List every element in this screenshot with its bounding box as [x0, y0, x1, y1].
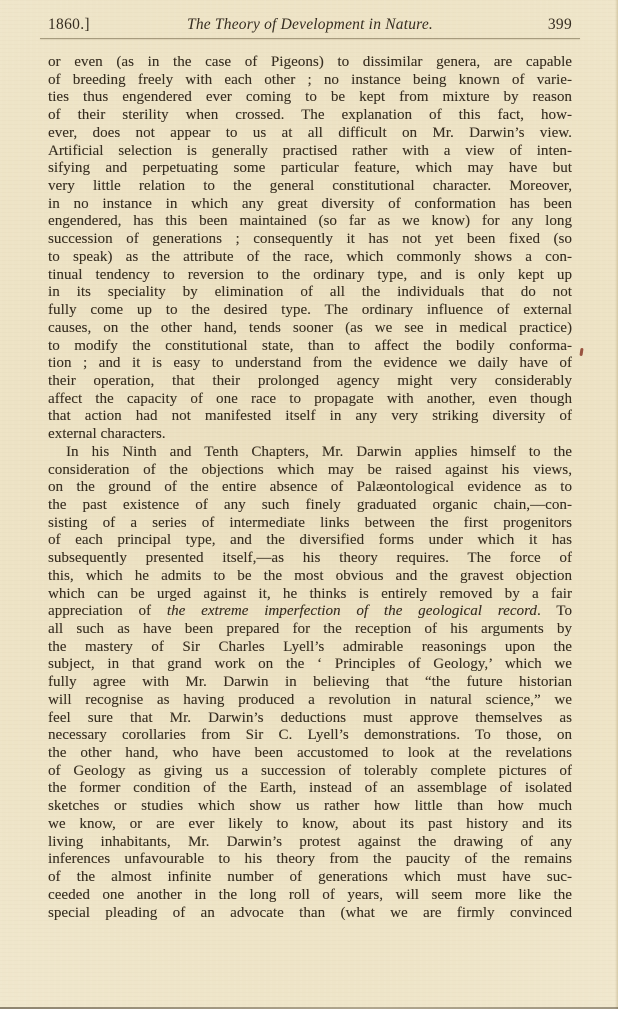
text-line: tion ; and it is easy to understand from… — [48, 355, 572, 373]
text-line: causes, on the other hand, tends sooner … — [48, 320, 572, 338]
text-line: sketches or studies which show us rather… — [48, 798, 572, 816]
text-line: affect the capacity of one race to propa… — [48, 391, 572, 409]
text-line: of their sterility when crossed. The exp… — [48, 107, 572, 125]
text-line: in its speciality by elimination of all … — [48, 284, 572, 302]
text-line: ties thus engendered ever coming to be k… — [48, 89, 572, 107]
text-line: the former condition of the Earth, inste… — [48, 780, 572, 798]
text-line: to modify the constitutional state, than… — [48, 338, 572, 356]
scanned-book-page: 1860.] The Theory of Development in Natu… — [0, 0, 618, 1009]
text-line: succession of generations ; consequently… — [48, 231, 572, 249]
text-line: that action had not manifested itself in… — [48, 408, 572, 426]
text-line: living inhabitants, Mr. Darwin’s protest… — [48, 834, 572, 852]
ink-speck — [579, 348, 583, 356]
text-line: this, which he admits to be the most obv… — [48, 568, 572, 586]
text-line: appreciation of the extreme imperfection… — [48, 603, 572, 621]
text-line: sisting of a series of intermediate link… — [48, 515, 572, 533]
running-head: 1860.] The Theory of Development in Natu… — [46, 16, 574, 36]
text-line: we know, or are ever likely to know, abo… — [48, 816, 572, 834]
text-line: in no instance in which any great divers… — [48, 196, 572, 214]
text-line: will recognise as having produced a revo… — [48, 692, 572, 710]
text-line: the mastery of Sir Charles Lyell’s admir… — [48, 639, 572, 657]
text-line: all such as have been prepared for the r… — [48, 621, 572, 639]
text-line: of breeding freely with each other ; no … — [48, 72, 572, 90]
header-page-number: 399 — [548, 16, 572, 34]
text-line: ceeded one another in the long roll of y… — [48, 887, 572, 905]
header-rule — [40, 38, 580, 39]
text-line: of the almost infinite number of generat… — [48, 869, 572, 887]
header-title: The Theory of Development in Nature. — [46, 16, 574, 34]
text-line: their operation, that their prolonged ag… — [48, 373, 572, 391]
text-line: Artificial selection is generally practi… — [48, 143, 572, 161]
italic-phrase: the extreme imperfection of the geologic… — [167, 603, 537, 619]
text-line: engendered, has this been maintained (so… — [48, 213, 572, 231]
text-line: special pleading of an advocate than (wh… — [48, 905, 572, 923]
text-line: or even (as in the case of Pigeons) to d… — [48, 54, 572, 72]
text-line: tinual tendency to reversion to the ordi… — [48, 267, 572, 285]
text-block: or even (as in the case of Pigeons) to d… — [48, 54, 572, 922]
text-line: of each principal type, and the diversif… — [48, 532, 572, 550]
text-line: necessary corollaries from Sir C. Lyell’… — [48, 727, 572, 745]
text-line: consideration of the objections which ma… — [48, 462, 572, 480]
text-line: feel sure that Mr. Darwin’s deductions m… — [48, 710, 572, 728]
text-line: which can be urged against it, he thinks… — [48, 586, 572, 604]
text-line: In his Ninth and Tenth Chapters, Mr. Dar… — [48, 444, 572, 462]
text-line: the other hand, who have been accustomed… — [48, 745, 572, 763]
text-line: fully come up to the desired type. The o… — [48, 302, 572, 320]
text-line: of Geology as giving us a succession of … — [48, 763, 572, 781]
text-line: on the ground of the entire absence of P… — [48, 479, 572, 497]
text-line: the past existence of any such finely gr… — [48, 497, 572, 515]
text-line: ever, does not appear to us at all diffi… — [48, 125, 572, 143]
text-line: sifying and perpetuating some particular… — [48, 160, 572, 178]
text-line: to speak) as the attribute of the race, … — [48, 249, 572, 267]
text-line: fully agree with Mr. Darwin in believing… — [48, 674, 572, 692]
text-line: subject, in that grand work on the ‘ Pri… — [48, 656, 572, 674]
text-line: very little relation to the general cons… — [48, 178, 572, 196]
text-line: inferences unfavourable to his theory fr… — [48, 851, 572, 869]
text-line: external characters. — [48, 426, 572, 444]
text-line: subsequently presented itself,—as his th… — [48, 550, 572, 568]
